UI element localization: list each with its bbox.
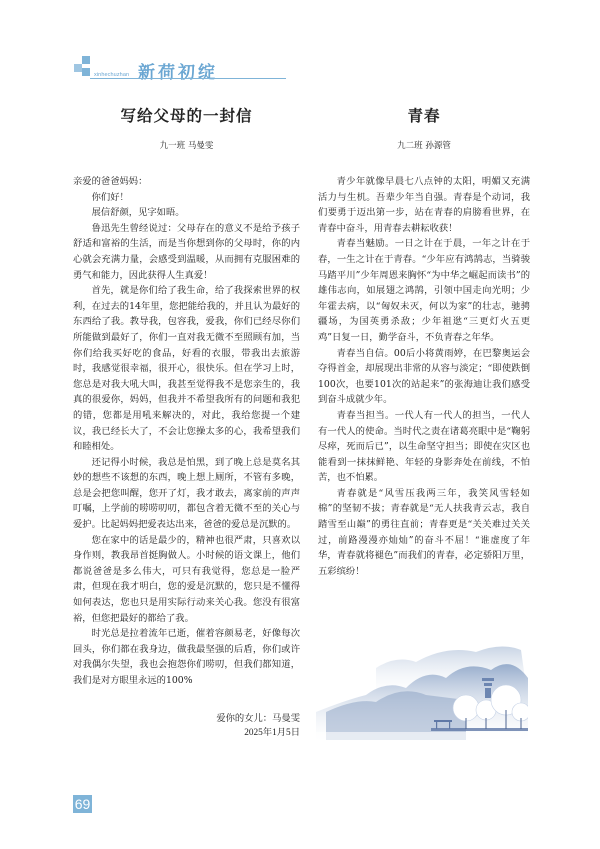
- article-youth: 青春 九二班 孙源管 青少年就像早晨七八点钟的太阳，明媚又充满活力与生机。吾辈少…: [318, 106, 530, 579]
- paragraph: 时光总是拉着流年已逝，催着容颜易老，好像每次回头，你们都在我身边，做我最坚强的后…: [73, 626, 300, 688]
- landscape-illustration: [316, 640, 528, 760]
- logo-square-icon: [82, 68, 90, 76]
- paragraph: 你们好！: [73, 190, 300, 206]
- article-title: 青春: [318, 106, 530, 126]
- salutation: 亲爱的爸爸妈妈：: [73, 174, 300, 190]
- paragraph: 鲁迅先生曾经说过：父母存在的意义不是给予孩子舒适和富裕的生活，而是当你想到你的父…: [73, 221, 300, 283]
- section-header: xinhechuzhan 新荷初绽: [72, 54, 292, 84]
- page-number: 69: [73, 795, 92, 813]
- paragraph: 首先，就是你们给了我生命，给了我探索世界的权利，在过去的14年里，您把能给我的，…: [73, 283, 300, 455]
- article-letter: 写给父母的一封信 九一班 马曼雯 亲爱的爸爸妈妈： 你们好！ 展信舒颜，见字如晤…: [73, 106, 300, 742]
- signature: 爱你的女儿：马曼雯: [73, 711, 300, 727]
- paragraph: 青春当担当。一代人有一代人的担当，一代人有一代人的使命。当时代之责在诸葛亮眼中是…: [318, 408, 530, 486]
- paragraph: 青春就是“风雪压我两三年，我笑风雪轻如棉”的坚韧不拔；青春就是“无人扶我青云志，…: [318, 486, 530, 580]
- section-title: 新荷初绽: [138, 58, 218, 83]
- paragraph: 您在家中的话是最少的，精神也很严肃，只喜欢以身作则，教我昂首挺胸做人。小时候的语…: [73, 533, 300, 627]
- letter-date: 2025年1月5日: [73, 726, 300, 742]
- article-byline: 九一班 马曼雯: [73, 140, 300, 152]
- logo-square-icon: [74, 64, 82, 72]
- paragraph: 还记得小时候，我总是怕黑，到了晚上总是莫名其妙的想些不该想的东西，晚上想上厕所，…: [73, 455, 300, 533]
- paragraph: 青春当自信。00后小将黄雨婷，在巴黎奥运会夺得首金，却展现出非常的从容与淡定；“…: [318, 346, 530, 408]
- article-byline: 九二班 孙源管: [318, 140, 530, 152]
- paragraph: 青少年就像早晨七八点钟的太阳，明媚又充满活力与生机。吾辈少年当自强。青春是个动词…: [318, 174, 530, 236]
- logo-square-icon: [82, 56, 90, 64]
- article-title: 写给父母的一封信: [73, 106, 300, 126]
- paragraph: 展信舒颜，见字如晤。: [73, 205, 300, 221]
- paragraph: 青春当魅励。一日之计在于晨，一年之计在于春，一生之计在于青春。“少年应有鸿鹄志，…: [318, 236, 530, 345]
- header-divider: [90, 78, 286, 79]
